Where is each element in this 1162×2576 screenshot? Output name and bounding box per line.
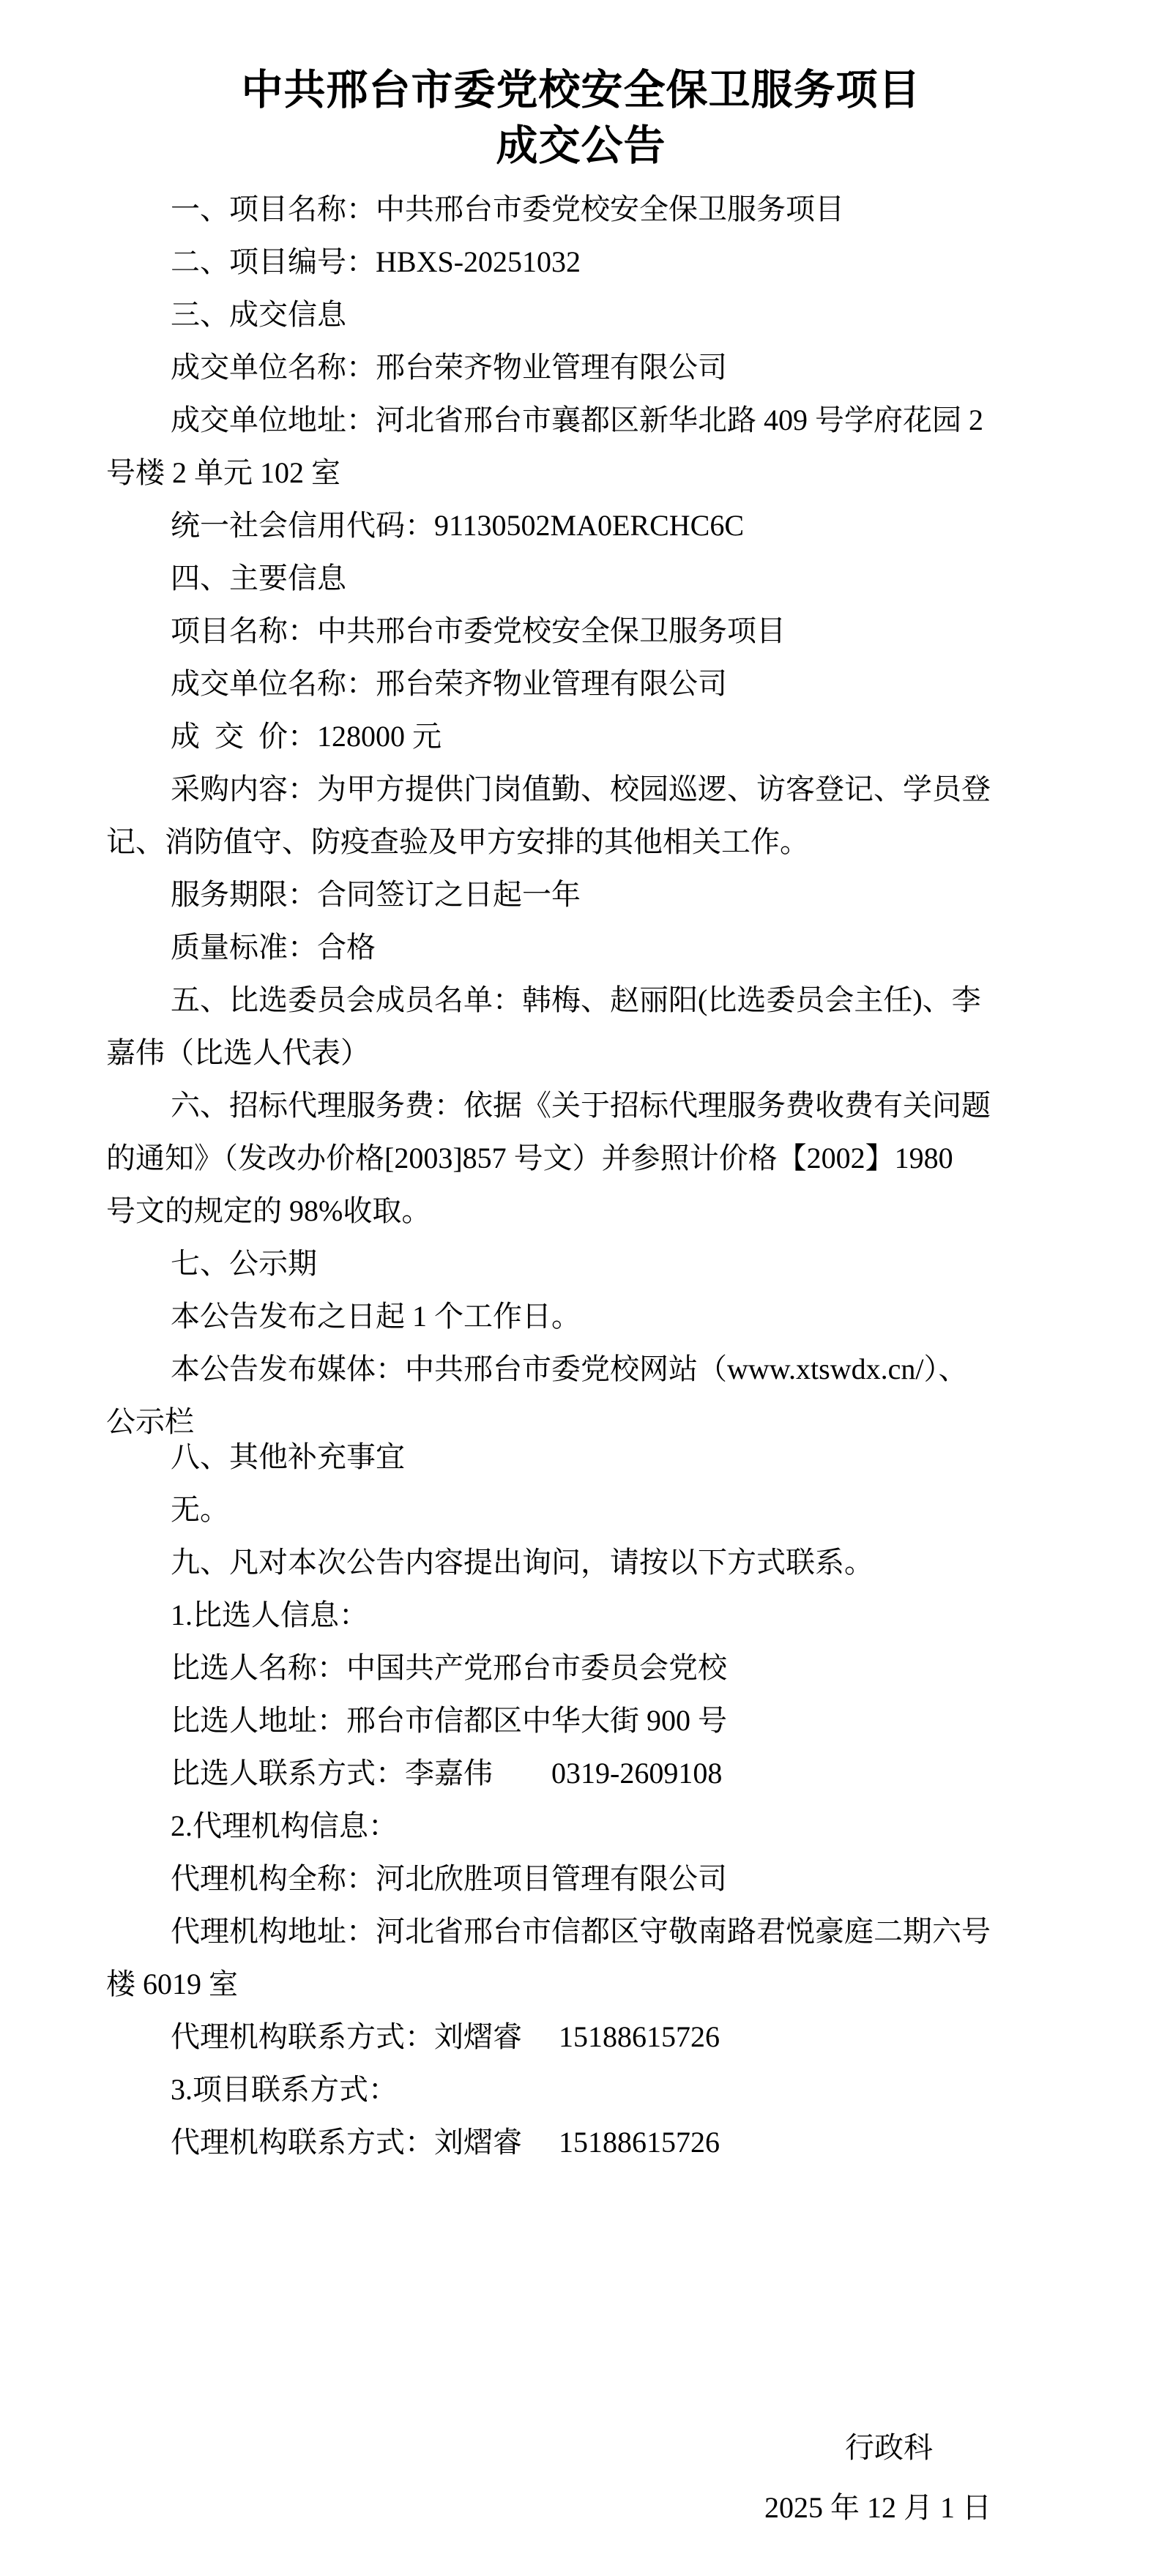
body-line: 四、主要信息	[106, 552, 1124, 605]
body-line: 2.代理机构信息：	[106, 1800, 1124, 1853]
body-line: 嘉伟（比选人代表）	[106, 1027, 1124, 1079]
body-line: 九、凡对本次公告内容提出询问，请按以下方式联系。	[106, 1536, 1124, 1589]
body-line: 1.比选人信息：	[106, 1589, 1124, 1642]
body-line: 八、其他补充事宜	[106, 1431, 1124, 1484]
body-line: 二、项目编号：HBXS-20251032	[106, 236, 1124, 289]
body-line: 号楼 2 单元 102 室	[106, 447, 1124, 499]
body-line: 五、比选委员会成员名单：韩梅、赵丽阳(比选委员会主任)、李	[106, 974, 1124, 1027]
body-line: 号文的规定的 98%收取。	[106, 1185, 1124, 1237]
document-body: 一、项目名称：中共邢台市委党校安全保卫服务项目二、项目编号：HBXS-20251…	[106, 183, 1124, 2169]
body-line: 代理机构联系方式：刘熠睿 15188615726	[106, 2116, 1124, 2169]
document-page: 中共邢台市委党校安全保卫服务项目 成交公告 一、项目名称：中共邢台市委党校安全保…	[0, 0, 1162, 2576]
body-line: 代理机构全称：河北欣胜项目管理有限公司	[106, 1853, 1124, 1905]
body-line: 3.项目联系方式：	[106, 2063, 1124, 2116]
footer-signature: 行政科	[0, 2418, 1162, 2478]
body-line: 无。	[106, 1484, 1124, 1536]
footer-date: 2025 年 12 月 1 日	[0, 2478, 1162, 2538]
body-line: 一、项目名称：中共邢台市委党校安全保卫服务项目	[106, 183, 1124, 236]
body-line: 成交单位地址：河北省邢台市襄都区新华北路 409 号学府花园 2	[106, 394, 1124, 447]
document-title: 中共邢台市委党校安全保卫服务项目 成交公告	[0, 0, 1162, 174]
body-line: 统一社会信用代码：91130502MA0ERCHC6C	[106, 499, 1124, 552]
body-line: 代理机构地址：河北省邢台市信都区守敬南路君悦豪庭二期六号	[106, 1905, 1124, 1958]
body-line: 楼 6019 室	[106, 1958, 1124, 2011]
document-footer: 行政科 2025 年 12 月 1 日	[0, 2418, 1162, 2538]
body-line: 代理机构联系方式：刘熠睿 15188615726	[106, 2011, 1124, 2063]
title-line-2: 成交公告	[0, 119, 1162, 174]
body-line: 比选人联系方式：李嘉伟 0319-2609108	[106, 1747, 1124, 1800]
body-line: 项目名称：中共邢台市委党校安全保卫服务项目	[106, 605, 1124, 658]
body-line: 本公告发布之日起 1 个工作日。	[106, 1290, 1124, 1343]
body-line: 比选人名称：中国共产党邢台市委员会党校	[106, 1642, 1124, 1694]
body-line: 采购内容：为甲方提供门岗值勤、校园巡逻、访客登记、学员登	[106, 763, 1124, 816]
body-line: 记、消防值守、防疫查验及甲方安排的其他相关工作。	[106, 816, 1124, 868]
body-line: 六、招标代理服务费：依据《关于招标代理服务费收费有关问题	[106, 1079, 1124, 1132]
body-line: 七、公示期	[106, 1237, 1124, 1290]
body-line: 成 交 价：128000 元	[106, 710, 1124, 763]
body-line: 三、成交信息	[106, 289, 1124, 341]
body-line: 质量标准：合格	[106, 921, 1124, 974]
body-line: 比选人地址：邢台市信都区中华大街 900 号	[106, 1694, 1124, 1747]
body-line: 服务期限：合同签订之日起一年	[106, 868, 1124, 921]
title-line-1: 中共邢台市委党校安全保卫服务项目	[0, 63, 1162, 119]
body-line: 成交单位名称：邢台荣齐物业管理有限公司	[106, 658, 1124, 710]
body-line: 的通知》（发改办价格[2003]857 号文）并参照计价格【2002】1980	[106, 1132, 1124, 1185]
body-line: 成交单位名称：邢台荣齐物业管理有限公司	[106, 341, 1124, 394]
body-line: 本公告发布媒体：中共邢台市委党校网站（www.xtswdx.cn/）、	[106, 1343, 1124, 1396]
